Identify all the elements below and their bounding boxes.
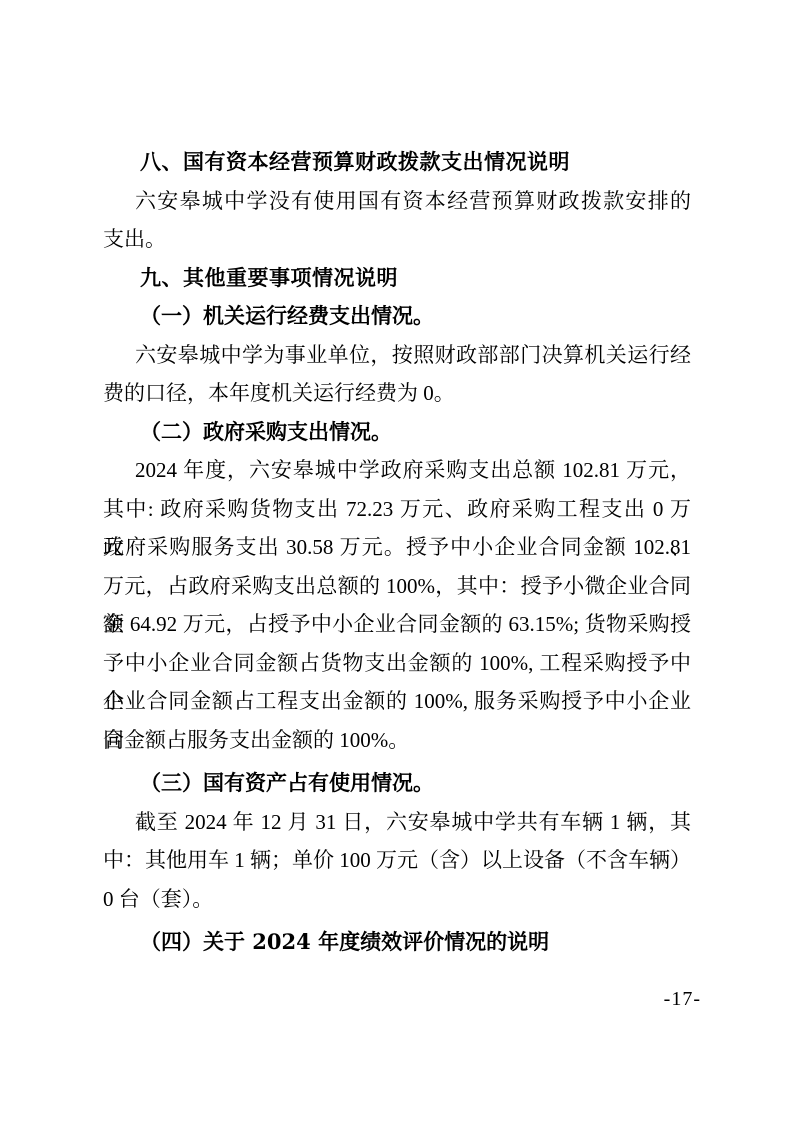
- paragraph-line: 支出。: [103, 220, 691, 259]
- paragraph-line: 同金额占服务支出金额的 100%。: [103, 721, 691, 760]
- paragraph-line: 予中小企业合同金额占货物支出金额的 100%, 工程采购授予中小: [103, 644, 691, 683]
- paragraph-line: 六安皋城中学为事业单位，按照财政部部门决算机关运行经: [103, 336, 691, 375]
- paragraph-line: 政府采购服务支出 30.58 万元。授予中小企业合同金额 102.81: [103, 528, 691, 567]
- paragraph-line: 企业合同金额占工程支出金额的 100%, 服务采购授予中小企业合: [103, 682, 691, 721]
- document-page: 八、国有资本经营预算财政拨款支出情况说明六安皋城中学没有使用国有资本经营预算财政…: [0, 0, 793, 1122]
- section-heading: 八、国有资本经营预算财政拨款支出情况说明: [103, 143, 691, 182]
- paragraph-line: 万元，占政府采购支出总额的 100%，其中：授予小微企业合同金: [103, 567, 691, 606]
- paragraph-line: 其中: 政府采购货物支出 72.23 万元、政府采购工程支出 0 万元、: [103, 490, 691, 529]
- page-number: -17-: [664, 986, 701, 1012]
- paragraph-line: 截至 2024 年 12 月 31 日，六安皋城中学共有车辆 1 辆，其: [103, 803, 691, 842]
- subsection-heading: （三）国有资产占有使用情况。: [103, 764, 691, 803]
- paragraph-line: 六安皋城中学没有使用国有资本经营预算财政拨款安排的: [103, 182, 691, 221]
- paragraph-line: 费的口径，本年度机关运行经费为 0。: [103, 374, 691, 413]
- section-heading: 九、其他重要事项情况说明: [103, 259, 691, 298]
- paragraph-line: 中：其他用车 1 辆；单价 100 万元（含）以上设备（不含车辆）: [103, 841, 691, 880]
- subsection-heading: （一）机关运行经费支出情况。: [103, 297, 691, 336]
- paragraph-line: 2024 年度，六安皋城中学政府采购支出总额 102.81 万元，: [103, 451, 691, 490]
- paragraph-line: 额 64.92 万元，占授予中小企业合同金额的 63.15%; 货物采购授: [103, 605, 691, 644]
- paragraph-line: 0 台（套）。: [103, 880, 691, 919]
- document-content: 八、国有资本经营预算财政拨款支出情况说明六安皋城中学没有使用国有资本经营预算财政…: [103, 143, 691, 962]
- subsection-heading: （四）关于 2024 年度绩效评价情况的说明: [103, 923, 691, 962]
- subsection-heading: （二）政府采购支出情况。: [103, 413, 691, 452]
